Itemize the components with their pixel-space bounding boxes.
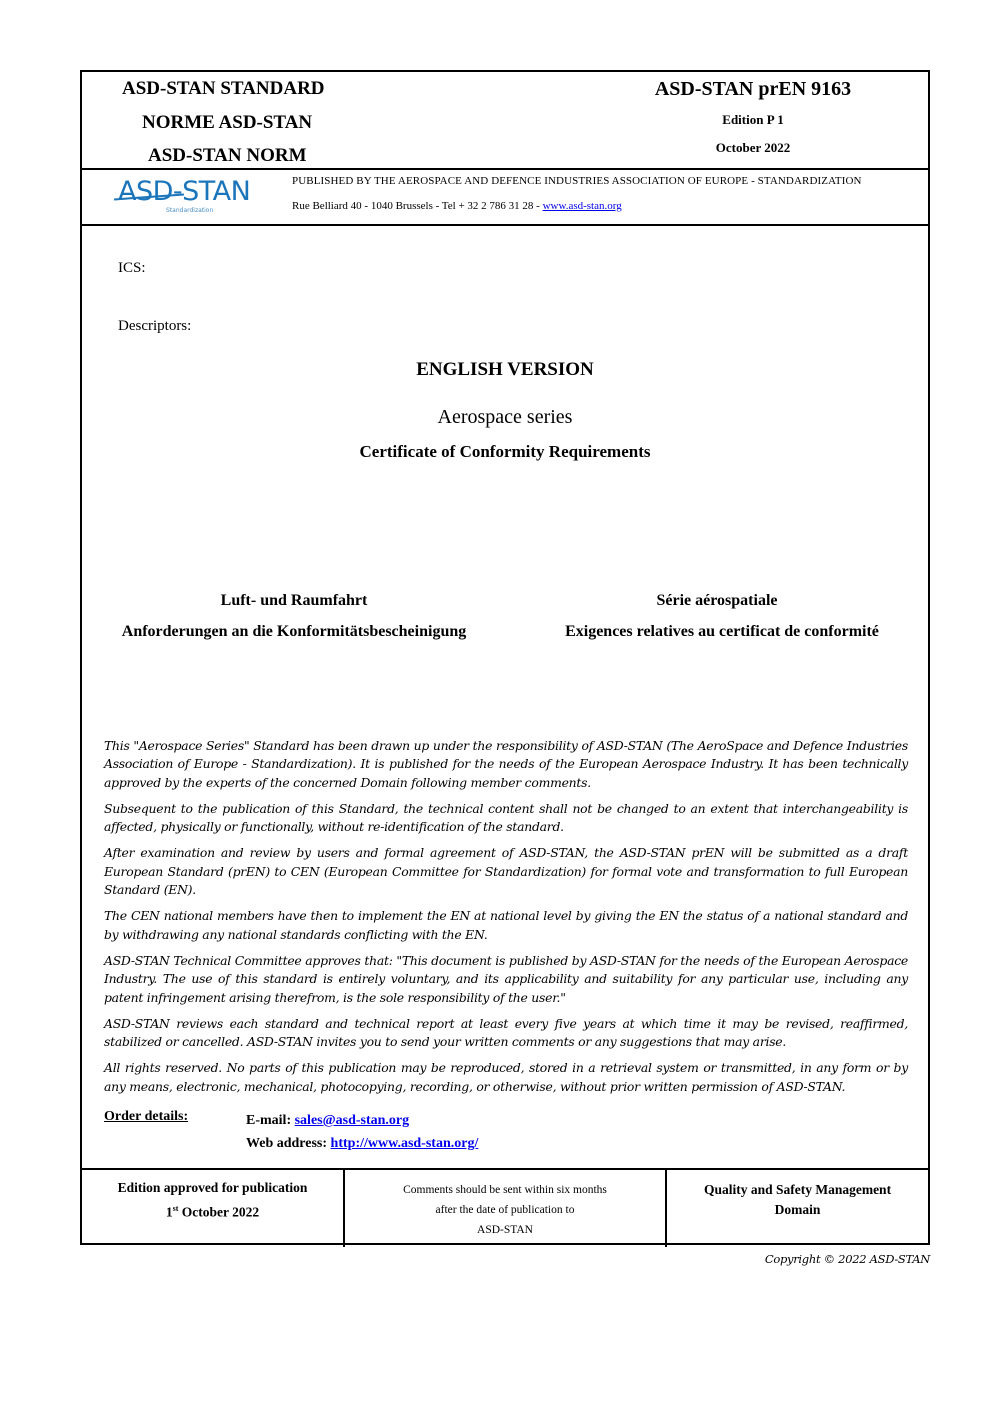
copyright-notice: Copyright © 2022 ASD-STAN (765, 1252, 930, 1266)
approved-label: Edition approved for publication (82, 1180, 343, 1196)
german-title: Anforderungen an die Konformitätsbeschei… (82, 623, 506, 641)
ics-label: ICS: (118, 260, 146, 277)
asd-stan-logo: ASD-STAN Standardization (114, 176, 274, 216)
footer-table: Edition approved for publication 1st Oct… (82, 1168, 928, 1247)
french-title: Exigences relatives au certificat de con… (522, 623, 922, 641)
publisher-name: PUBLISHED BY THE AEROSPACE AND DEFENCE I… (292, 175, 862, 187)
website-link[interactable]: www.asd-stan.org (543, 200, 622, 212)
german-series: Luft- und Raumfahrt (82, 592, 506, 610)
standard-type-titles: ASD-STAN STANDARD NORME ASD-STAN ASD-STA… (82, 72, 382, 168)
approved-day: 1 (166, 1205, 173, 1220)
notice-paragraph: ASD-STAN Technical Committee approves th… (104, 952, 908, 1007)
notice-paragraph: ASD-STAN reviews each standard and techn… (104, 1015, 908, 1052)
comments-line: ASD-STAN (345, 1220, 665, 1240)
title-french: NORME ASD-STAN (142, 112, 312, 134)
document-number: ASD-STAN prEN 9163 (638, 78, 868, 101)
domain-line: Domain (667, 1200, 928, 1220)
edition: Edition P 1 (638, 112, 868, 128)
comments-line: after the date of publication to (345, 1200, 665, 1220)
order-label-text: Order details: (104, 1109, 188, 1124)
english-version-heading: ENGLISH VERSION (82, 359, 928, 381)
web-line: Web address: http://www.asd-stan.org/ (246, 1132, 478, 1155)
notice-paragraph: All rights reserved. No parts of this pu… (104, 1059, 908, 1096)
approved-date: 1st October 2022 (82, 1204, 343, 1221)
email-link[interactable]: sales@asd-stan.org (295, 1113, 410, 1128)
comments-text: Comments should be sent within six month… (345, 1180, 665, 1240)
document-title: Certificate of Conformity Requirements (82, 442, 928, 462)
address-text: Rue Belliard 40 - 1040 Brussels - Tel + … (292, 200, 543, 212)
order-details-label: Order details: (104, 1109, 188, 1125)
title-english: ASD-STAN STANDARD (122, 78, 325, 100)
legal-notices: This "Aerospace Series" Standard has bee… (104, 737, 908, 1104)
french-series: Série aérospatiale (506, 592, 928, 610)
domain-line: Quality and Safety Management (667, 1180, 928, 1200)
header-row: ASD-STAN STANDARD NORME ASD-STAN ASD-STA… (82, 72, 928, 170)
notice-paragraph: This "Aerospace Series" Standard has bee… (104, 737, 908, 792)
notice-paragraph: After examination and review by users an… (104, 844, 908, 899)
comments-line: Comments should be sent within six month… (345, 1180, 665, 1200)
order-contact: E-mail: sales@asd-stan.org Web address: … (246, 1109, 478, 1155)
descriptors-label: Descriptors: (118, 318, 191, 335)
document-identity: ASD-STAN prEN 9163 Edition P 1 October 2… (638, 72, 928, 168)
comments-cell: Comments should be sent within six month… (345, 1170, 667, 1247)
domain-cell: Quality and Safety Management Domain (667, 1170, 928, 1247)
series-title: Aerospace series (82, 406, 928, 429)
domain-text: Quality and Safety Management Domain (667, 1180, 928, 1220)
notice-paragraph: The CEN national members have then to im… (104, 907, 908, 944)
web-address-link[interactable]: http://www.asd-stan.org/ (331, 1136, 479, 1151)
publisher-row: ASD-STAN Standardization PUBLISHED BY TH… (82, 168, 928, 226)
publisher-address: Rue Belliard 40 - 1040 Brussels - Tel + … (292, 200, 622, 212)
approved-month-year: October 2022 (178, 1205, 259, 1220)
title-german: ASD-STAN NORM (148, 145, 307, 167)
email-label: E-mail: (246, 1113, 295, 1128)
approval-cell: Edition approved for publication 1st Oct… (82, 1170, 345, 1247)
email-line: E-mail: sales@asd-stan.org (246, 1109, 478, 1132)
notice-paragraph: Subsequent to the publication of this St… (104, 800, 908, 837)
web-label: Web address: (246, 1136, 331, 1151)
cover-page-frame: ASD-STAN STANDARD NORME ASD-STAN ASD-STA… (80, 70, 930, 1245)
logo-text: ASD-STAN (118, 176, 250, 207)
edition-date: October 2022 (638, 140, 868, 156)
logo-subtext: Standardization (166, 207, 213, 214)
